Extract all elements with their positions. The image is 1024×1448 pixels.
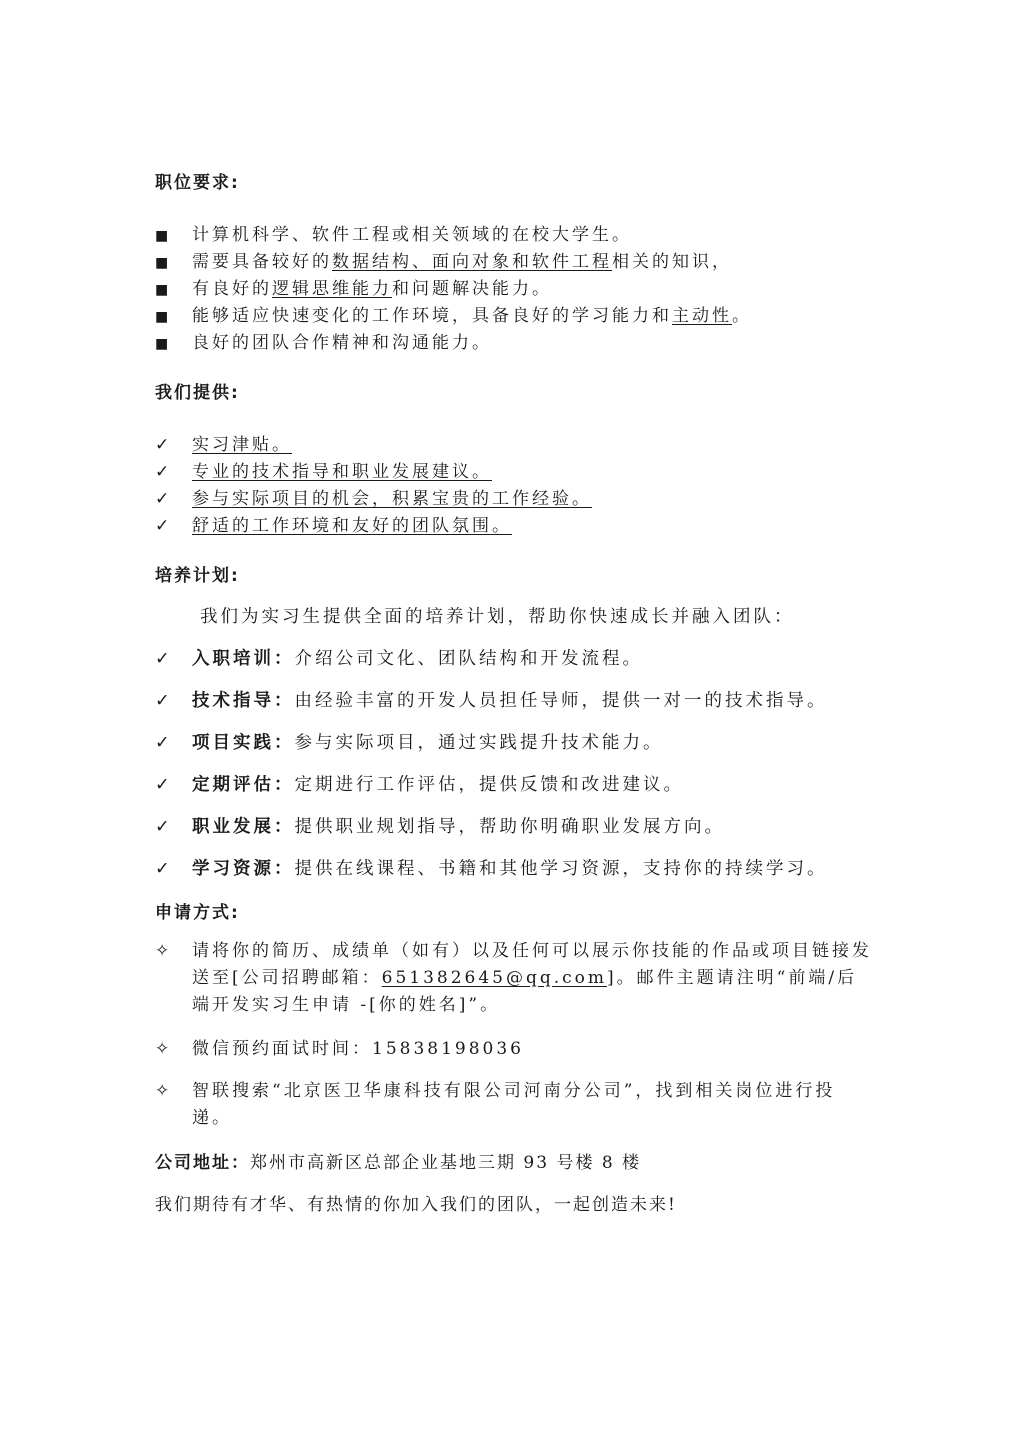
square-bullet-icon: ■ (155, 309, 192, 325)
apply-heading: 申请方式: (155, 898, 240, 923)
requirement-item: ■需要具备较好的数据结构、面向对象和软件工程相关的知识， (155, 247, 732, 272)
training-item: ✓定期评估：定期进行工作评估，提供反馈和改进建议。 (155, 771, 684, 796)
offer-item: ✓专业的技术指导和职业发展建议。 (155, 457, 492, 482)
offer-heading: 我们提供: (155, 378, 240, 403)
requirement-item: ■能够适应快速变化的工作环境，具备良好的学习能力和主动性。 (155, 301, 752, 326)
check-icon: ✓ (155, 775, 192, 795)
training-item: ✓技术指导：由经验丰富的开发人员担任导师，提供一对一的技术指导。 (155, 687, 828, 712)
star-bullet-icon: ✧ (155, 938, 192, 965)
check-icon: ✓ (155, 462, 192, 482)
check-icon: ✓ (155, 435, 192, 455)
square-bullet-icon: ■ (155, 255, 192, 271)
star-bullet-icon: ✧ (155, 1036, 192, 1063)
closing-text: 我们期待有才华、有热情的你加入我们的团队，一起创造未来! (155, 1190, 677, 1215)
offer-item: ✓实习津贴。 (155, 430, 292, 455)
requirement-item: ■良好的团队合作精神和沟通能力。 (155, 328, 492, 353)
requirements-heading: 职位要求: (155, 168, 240, 193)
square-bullet-icon: ■ (155, 336, 192, 352)
training-intro: 我们为实习生提供全面的培养计划，帮助你快速成长并融入团队： (200, 603, 795, 628)
training-item: ✓学习资源：提供在线课程、书籍和其他学习资源，支持你的持续学习。 (155, 855, 828, 880)
check-icon: ✓ (155, 733, 192, 753)
training-item: ✓职业发展：提供职业规划指导，帮助你明确职业发展方向。 (155, 813, 725, 838)
training-item: ✓入职培训：介绍公司文化、团队结构和开发流程。 (155, 645, 643, 670)
offer-item: ✓参与实际项目的机会，积累宝贵的工作经验。 (155, 484, 592, 509)
email-link[interactable]: 651382645@qq.com (382, 968, 607, 988)
document-page: 职位要求: ■计算机科学、软件工程或相关领域的在校大学生。 ■需要具备较好的数据… (0, 0, 1024, 1448)
check-icon: ✓ (155, 859, 192, 879)
check-icon: ✓ (155, 691, 192, 711)
offer-item: ✓舒适的工作环境和友好的团队氛围。 (155, 511, 512, 536)
company-address: 公司地址：郑州市高新区总部企业基地三期 93 号楼 8 楼 (155, 1148, 641, 1173)
star-bullet-icon: ✧ (155, 1078, 192, 1105)
apply-item-email: ✧ 请将你的简历、成绩单（如有）以及任何可以展示你技能的作品或项目链接发送至[公… (155, 938, 875, 1019)
apply-item-zhilian: ✧ 智联搜索“北京医卫华康科技有限公司河南分公司”，找到相关岗位进行投递。 (155, 1078, 875, 1132)
check-icon: ✓ (155, 649, 192, 669)
requirement-item: ■有良好的逻辑思维能力和问题解决能力。 (155, 274, 552, 299)
square-bullet-icon: ■ (155, 228, 192, 244)
requirement-item: ■计算机科学、软件工程或相关领域的在校大学生。 (155, 220, 632, 245)
check-icon: ✓ (155, 516, 192, 536)
check-icon: ✓ (155, 489, 192, 509)
square-bullet-icon: ■ (155, 282, 192, 298)
apply-item-wechat: ✧ 微信预约面试时间：15838198036 (155, 1036, 875, 1063)
training-item: ✓项目实践：参与实际项目，通过实践提升技术能力。 (155, 729, 664, 754)
check-icon: ✓ (155, 817, 192, 837)
training-heading: 培养计划: (155, 561, 240, 586)
